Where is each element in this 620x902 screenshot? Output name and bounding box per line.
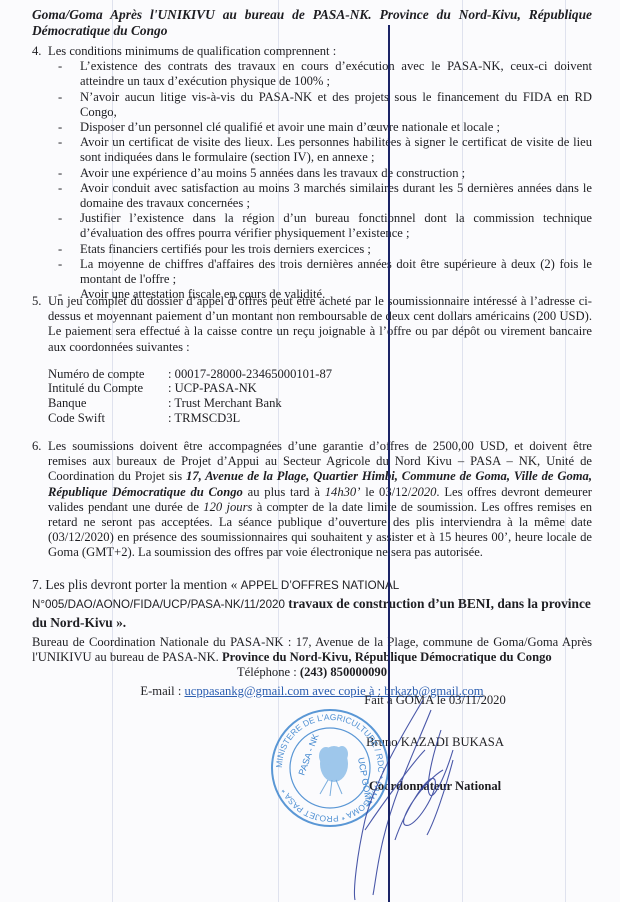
handwritten-signature-icon bbox=[335, 690, 465, 902]
phone-line: Téléphone : (243) 850000090 bbox=[32, 665, 592, 680]
deadline-time: 14h30’ bbox=[325, 485, 361, 499]
bank-row-bank: Banque : Trust Merchant Bank bbox=[48, 396, 592, 411]
list-item: Avoir un certificat de visite des lieux.… bbox=[48, 135, 592, 165]
section-number: 4. bbox=[32, 44, 41, 59]
stamp-inner-left: PASA - NK bbox=[296, 733, 320, 777]
section-7-mention: 7. Les plis devront porter la mention « … bbox=[32, 576, 592, 632]
list-item: Justifier l’existence dans la région d’u… bbox=[48, 211, 592, 241]
section-number: 6. bbox=[32, 439, 41, 454]
office-address: Bureau de Coordination Nationale du PASA… bbox=[32, 635, 592, 665]
validity-period: 120 jours bbox=[203, 500, 252, 514]
scan-line-artifact bbox=[388, 25, 390, 902]
bank-row-account-number: Numéro de compte : 00017-28000-234650001… bbox=[48, 367, 592, 382]
list-item: L’existence des contrats des travaux en … bbox=[48, 59, 592, 89]
section-6-text: Les soumissions doivent être accompagnée… bbox=[48, 439, 592, 561]
list-item: N’avoir aucun litige vis-à-vis du PASA-N… bbox=[48, 90, 592, 120]
section-4-intro: Les conditions minimums de qualification… bbox=[48, 44, 592, 59]
list-item: Disposer d’un personnel clé qualifié et … bbox=[48, 120, 592, 135]
section-6: 6. Les soumissions doivent être accompag… bbox=[32, 439, 592, 561]
section-5: 5. Un jeu complet du dossier d’appel d’o… bbox=[32, 294, 592, 425]
bank-row-account-name: Intitulé du Compte : UCP-PASA-NK bbox=[48, 381, 592, 396]
bank-details: Numéro de compte : 00017-28000-234650001… bbox=[48, 367, 592, 425]
list-item: La moyenne de chiffres d'affaires des tr… bbox=[48, 257, 592, 287]
continued-address-header: Goma/Goma Après l'UNIKIVU au bureau de P… bbox=[32, 7, 592, 39]
list-item: Avoir conduit avec satisfaction au moins… bbox=[48, 181, 592, 211]
section-5-text: Un jeu complet du dossier d’appel d’offr… bbox=[48, 294, 592, 355]
section-4: 4. Les conditions minimums de qualificat… bbox=[32, 44, 592, 302]
section-7: 7. Les plis devront porter la mention « … bbox=[32, 576, 592, 699]
bank-row-swift: Code Swift : TRMSCD3L bbox=[48, 411, 592, 426]
section-number: 5. bbox=[32, 294, 41, 309]
phone-number: (243) 850000090 bbox=[300, 665, 387, 679]
list-item: Avoir une expérience d’au moins 5 années… bbox=[48, 166, 592, 181]
qualification-list: L’existence des contrats des travaux en … bbox=[48, 59, 592, 302]
list-item: Etats financiers certifiés pour les troi… bbox=[48, 242, 592, 257]
